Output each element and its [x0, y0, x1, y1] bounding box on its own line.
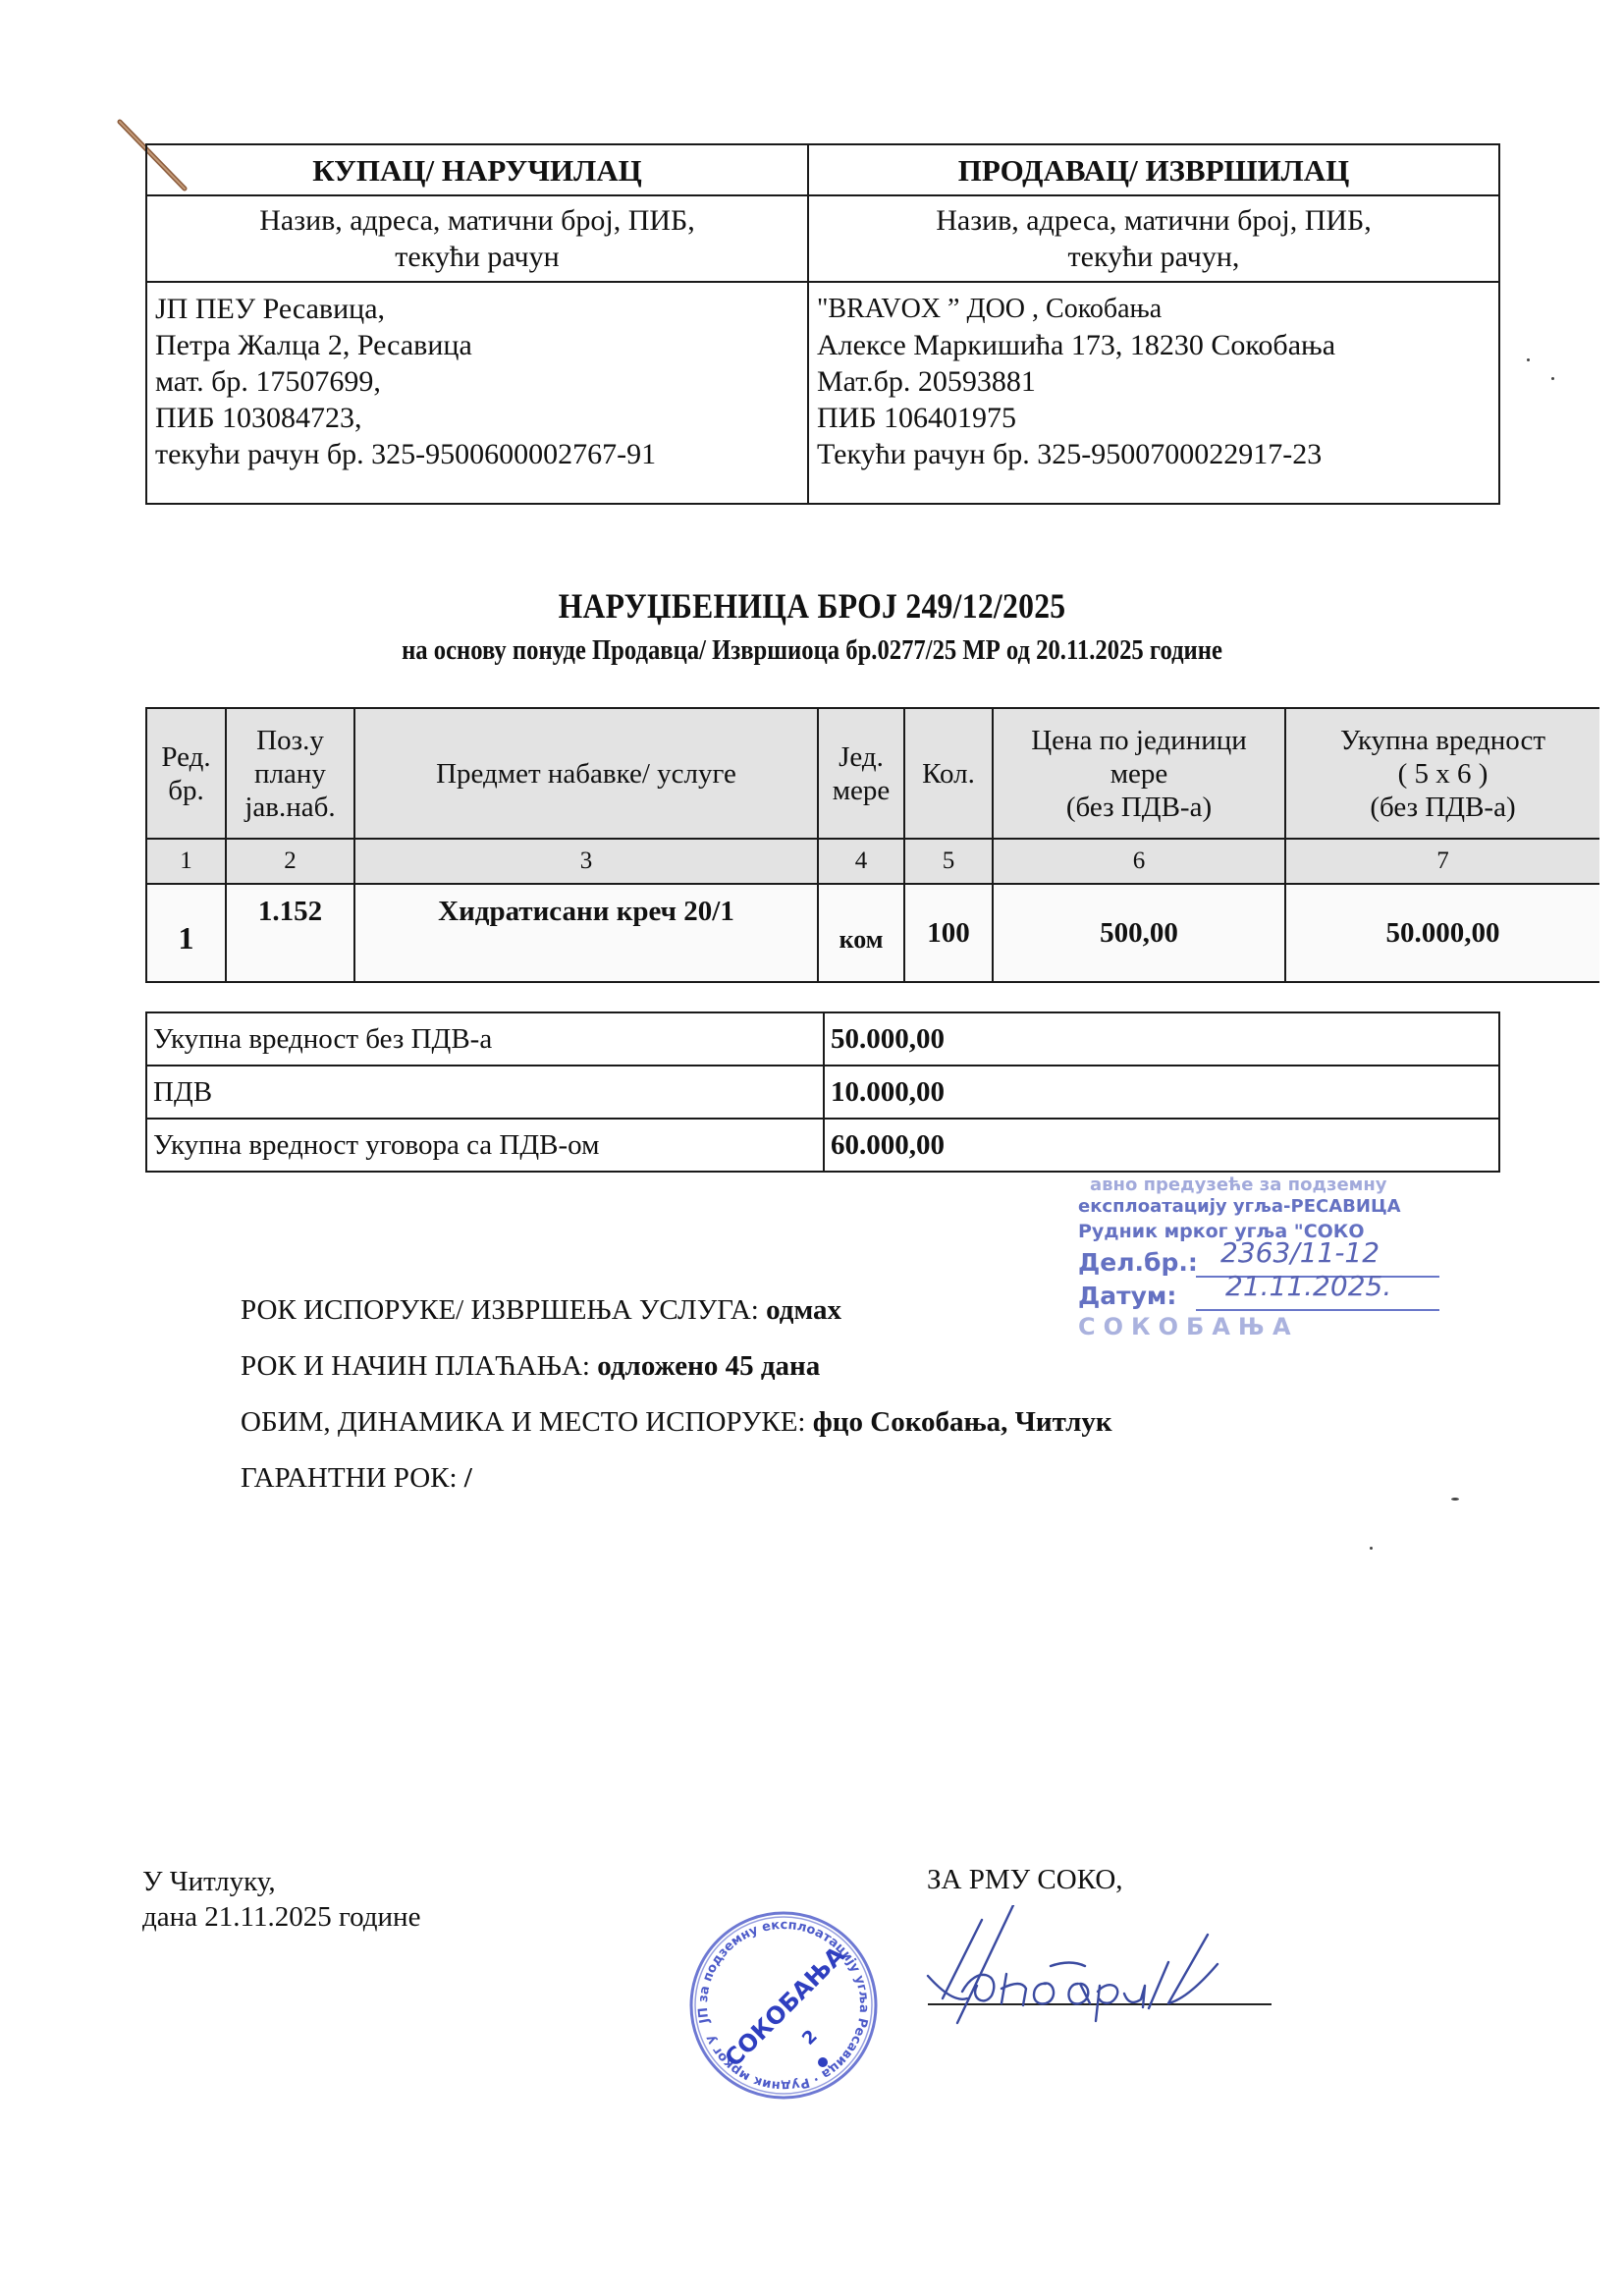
stamp-city: СОКОБАЊА	[1078, 1313, 1490, 1340]
header-text: мере	[819, 774, 903, 807]
term-delivery: РОК ИСПОРУКЕ/ ИЗВРШЕЊА УСЛУГА: одмах	[241, 1294, 841, 1327]
items-table: Ред. бр. Поз.у плану јав.наб. Предмет на…	[145, 707, 1599, 983]
term-warranty: ГАРАНТНИ РОК: /	[241, 1462, 472, 1495]
column-number: 6	[993, 839, 1285, 884]
items-header-row: Ред. бр. Поз.у плану јав.наб. Предмет на…	[146, 708, 1599, 839]
seller-registration-number: Мат.бр. 20593881	[817, 363, 1492, 400]
term-label: РОК ИСПОРУКЕ/ ИЗВРШЕЊА УСЛУГА:	[241, 1294, 766, 1326]
issue-date: дана 21.11.2025 године	[142, 1899, 420, 1935]
term-delivery-place: ОБИМ, ДИНАМИКА И МЕСТО ИСПОРУКЕ: фцо Сок…	[241, 1406, 1112, 1439]
row-total: 50.000,00	[1285, 884, 1599, 982]
totals-row: ПДВ 10.000,00	[146, 1066, 1499, 1119]
stamp-line: експлоатацију угља-РЕСАВИЦА	[1078, 1196, 1490, 1218]
seller-subheading-line: текући рачун,	[809, 239, 1498, 275]
header-text: Предмет набавке/ услуге	[355, 757, 817, 791]
header-total: Укупна вредност ( 5 x 6 ) (без ПДВ-а)	[1285, 708, 1599, 839]
header-text: Јед.	[819, 740, 903, 774]
signatory-org: ЗА РМУ СОКО,	[927, 1864, 1123, 1896]
row-plan-position: 1.152	[226, 884, 354, 982]
term-payment: РОК И НАЧИН ПЛАЋАЊА: одложено 45 дана	[241, 1350, 820, 1383]
header-text: Поз.у	[227, 724, 353, 757]
stamp-ref-value: 2363/11-12	[1220, 1236, 1380, 1270]
stamp-date-row: Датум: 21.11.2025.	[1078, 1280, 1490, 1313]
seal-city: СОКОБАЊА	[720, 1941, 851, 2072]
header-text: (без ПДВ-а)	[994, 791, 1284, 824]
totals-table: Укупна вредност без ПДВ-а 50.000,00 ПДВ …	[145, 1011, 1500, 1173]
scan-speck	[1370, 1547, 1373, 1550]
header-text: Цена по јединици	[994, 724, 1284, 757]
seller-subheading: Назив, адреса, матични број, ПИБ, текући…	[808, 195, 1499, 282]
stamp-date-label: Датум:	[1078, 1282, 1176, 1310]
total-gross-label: Укупна вредност уговора са ПДВ-ом	[146, 1119, 824, 1172]
column-number: 2	[226, 839, 354, 884]
registry-stamp: авно предузеће за подземну експлоатацију…	[1078, 1175, 1490, 1340]
row-unit-price: 500,00	[993, 884, 1285, 982]
buyer-bank-account: текући рачун бр. 325-9500600002767-91	[155, 436, 801, 472]
seller-address: Алексе Маркишића 173, 18230 Сокобања	[817, 327, 1492, 363]
term-label: ОБИМ, ДИНАМИКА И МЕСТО ИСПОРУКЕ:	[241, 1406, 813, 1438]
seller-details: "BRAVOX ” ДОО , Сокобања Алексе Маркишић…	[808, 282, 1499, 504]
term-label: ГАРАНТНИ РОК:	[241, 1462, 464, 1494]
header-text: мере	[994, 757, 1284, 791]
company-seal-icon: ЈП за подземну експлоатацију угља Ресави…	[685, 1907, 882, 2104]
totals-row: Укупна вредност уговора са ПДВ-ом 60.000…	[146, 1119, 1499, 1172]
header-text: бр.	[147, 774, 225, 807]
header-text: плану	[227, 757, 353, 791]
stamp-date-value: 21.11.2025.	[1225, 1270, 1391, 1303]
seller-subheading-line: Назив, адреса, матични број, ПИБ,	[809, 202, 1498, 239]
total-net-label: Укупна вредност без ПДВ-а	[146, 1012, 824, 1066]
row-number: 1	[146, 884, 226, 982]
term-value: /	[464, 1462, 472, 1494]
scan-speck	[1451, 1498, 1459, 1501]
term-value: фцо Сокобања, Читлук	[813, 1406, 1112, 1438]
stamp-ref-label: Дел.бр.:	[1078, 1248, 1198, 1277]
signature-icon	[923, 1905, 1286, 2033]
seller-bank-account: Текући рачун бр. 325-9500700022917-23	[817, 436, 1492, 472]
term-value: одложено 45 дана	[597, 1350, 820, 1382]
total-gross-value: 60.000,00	[824, 1119, 1499, 1172]
buyer-details: ЈП ПЕУ Ресавица, Петра Жалца 2, Ресавица…	[146, 282, 808, 504]
header-text: Ред.	[147, 740, 225, 774]
header-plan-position: Поз.у плану јав.наб.	[226, 708, 354, 839]
buyer-subheading-line: Назив, адреса, матични број, ПИБ,	[147, 202, 807, 239]
header-unit: Јед. мере	[818, 708, 904, 839]
place: У Читлуку,	[142, 1864, 420, 1899]
column-number: 4	[818, 839, 904, 884]
stamp-line: авно предузеће за подземну	[1090, 1175, 1490, 1196]
parties-table: КУПАЦ/ НАРУЧИЛАЦ ПРОДАВАЦ/ ИЗВРШИЛАЦ Наз…	[145, 143, 1500, 505]
header-text: ( 5 x 6 )	[1286, 757, 1599, 791]
header-text: Кол.	[905, 757, 992, 791]
buyer-subheading: Назив, адреса, матични број, ПИБ, текући…	[146, 195, 808, 282]
buyer-subheading-line: текући рачун	[147, 239, 807, 275]
totals-row: Укупна вредност без ПДВ-а 50.000,00	[146, 1012, 1499, 1066]
total-net-value: 50.000,00	[824, 1012, 1499, 1066]
header-text: (без ПДВ-а)	[1286, 791, 1599, 824]
document-subtitle: на основу понуде Продавца/ Извршиоца бр.…	[122, 634, 1502, 667]
header-rb: Ред. бр.	[146, 708, 226, 839]
column-number-row: 1 2 3 4 5 6 7	[146, 839, 1599, 884]
buyer-tax-id: ПИБ 103084723,	[155, 400, 801, 436]
column-number: 5	[904, 839, 993, 884]
seller-name: "BRAVOX ” ДОО , Сокобања	[817, 291, 1492, 327]
column-number: 7	[1285, 839, 1599, 884]
header-text: јав.наб.	[227, 791, 353, 824]
seller-tax-id: ПИБ 106401975	[817, 400, 1492, 436]
row-quantity: 100	[904, 884, 993, 982]
header-text: Укупна вредност	[1286, 724, 1599, 757]
buyer-registration-number: мат. бр. 17507699,	[155, 363, 801, 400]
table-row: 1 1.152 Хидратисани креч 20/1 ком 100 50…	[146, 884, 1599, 982]
row-unit: ком	[818, 884, 904, 982]
scan-speck	[1551, 377, 1554, 380]
buyer-heading: КУПАЦ/ НАРУЧИЛАЦ	[146, 144, 808, 195]
header-unit-price: Цена по јединици мере (без ПДВ-а)	[993, 708, 1285, 839]
vat-value: 10.000,00	[824, 1066, 1499, 1119]
column-number: 3	[354, 839, 818, 884]
row-item-name: Хидратисани креч 20/1	[354, 884, 818, 982]
scan-speck	[1527, 358, 1530, 361]
buyer-name: ЈП ПЕУ Ресавица,	[155, 291, 801, 327]
column-number: 1	[146, 839, 226, 884]
header-item: Предмет набавке/ услуге	[354, 708, 818, 839]
document-title: НАРУЏБЕНИЦА БРОЈ 249/12/2025	[97, 585, 1527, 627]
seal-number: 2	[798, 2026, 822, 2050]
buyer-address: Петра Жалца 2, Ресавица	[155, 327, 801, 363]
header-quantity: Кол.	[904, 708, 993, 839]
place-and-date: У Читлуку, дана 21.11.2025 године	[142, 1864, 420, 1935]
seller-heading: ПРОДАВАЦ/ ИЗВРШИЛАЦ	[808, 144, 1499, 195]
vat-label: ПДВ	[146, 1066, 824, 1119]
stamp-underline	[1196, 1309, 1439, 1311]
term-label: РОК И НАЧИН ПЛАЋАЊА:	[241, 1350, 597, 1382]
term-value: одмах	[766, 1294, 841, 1326]
